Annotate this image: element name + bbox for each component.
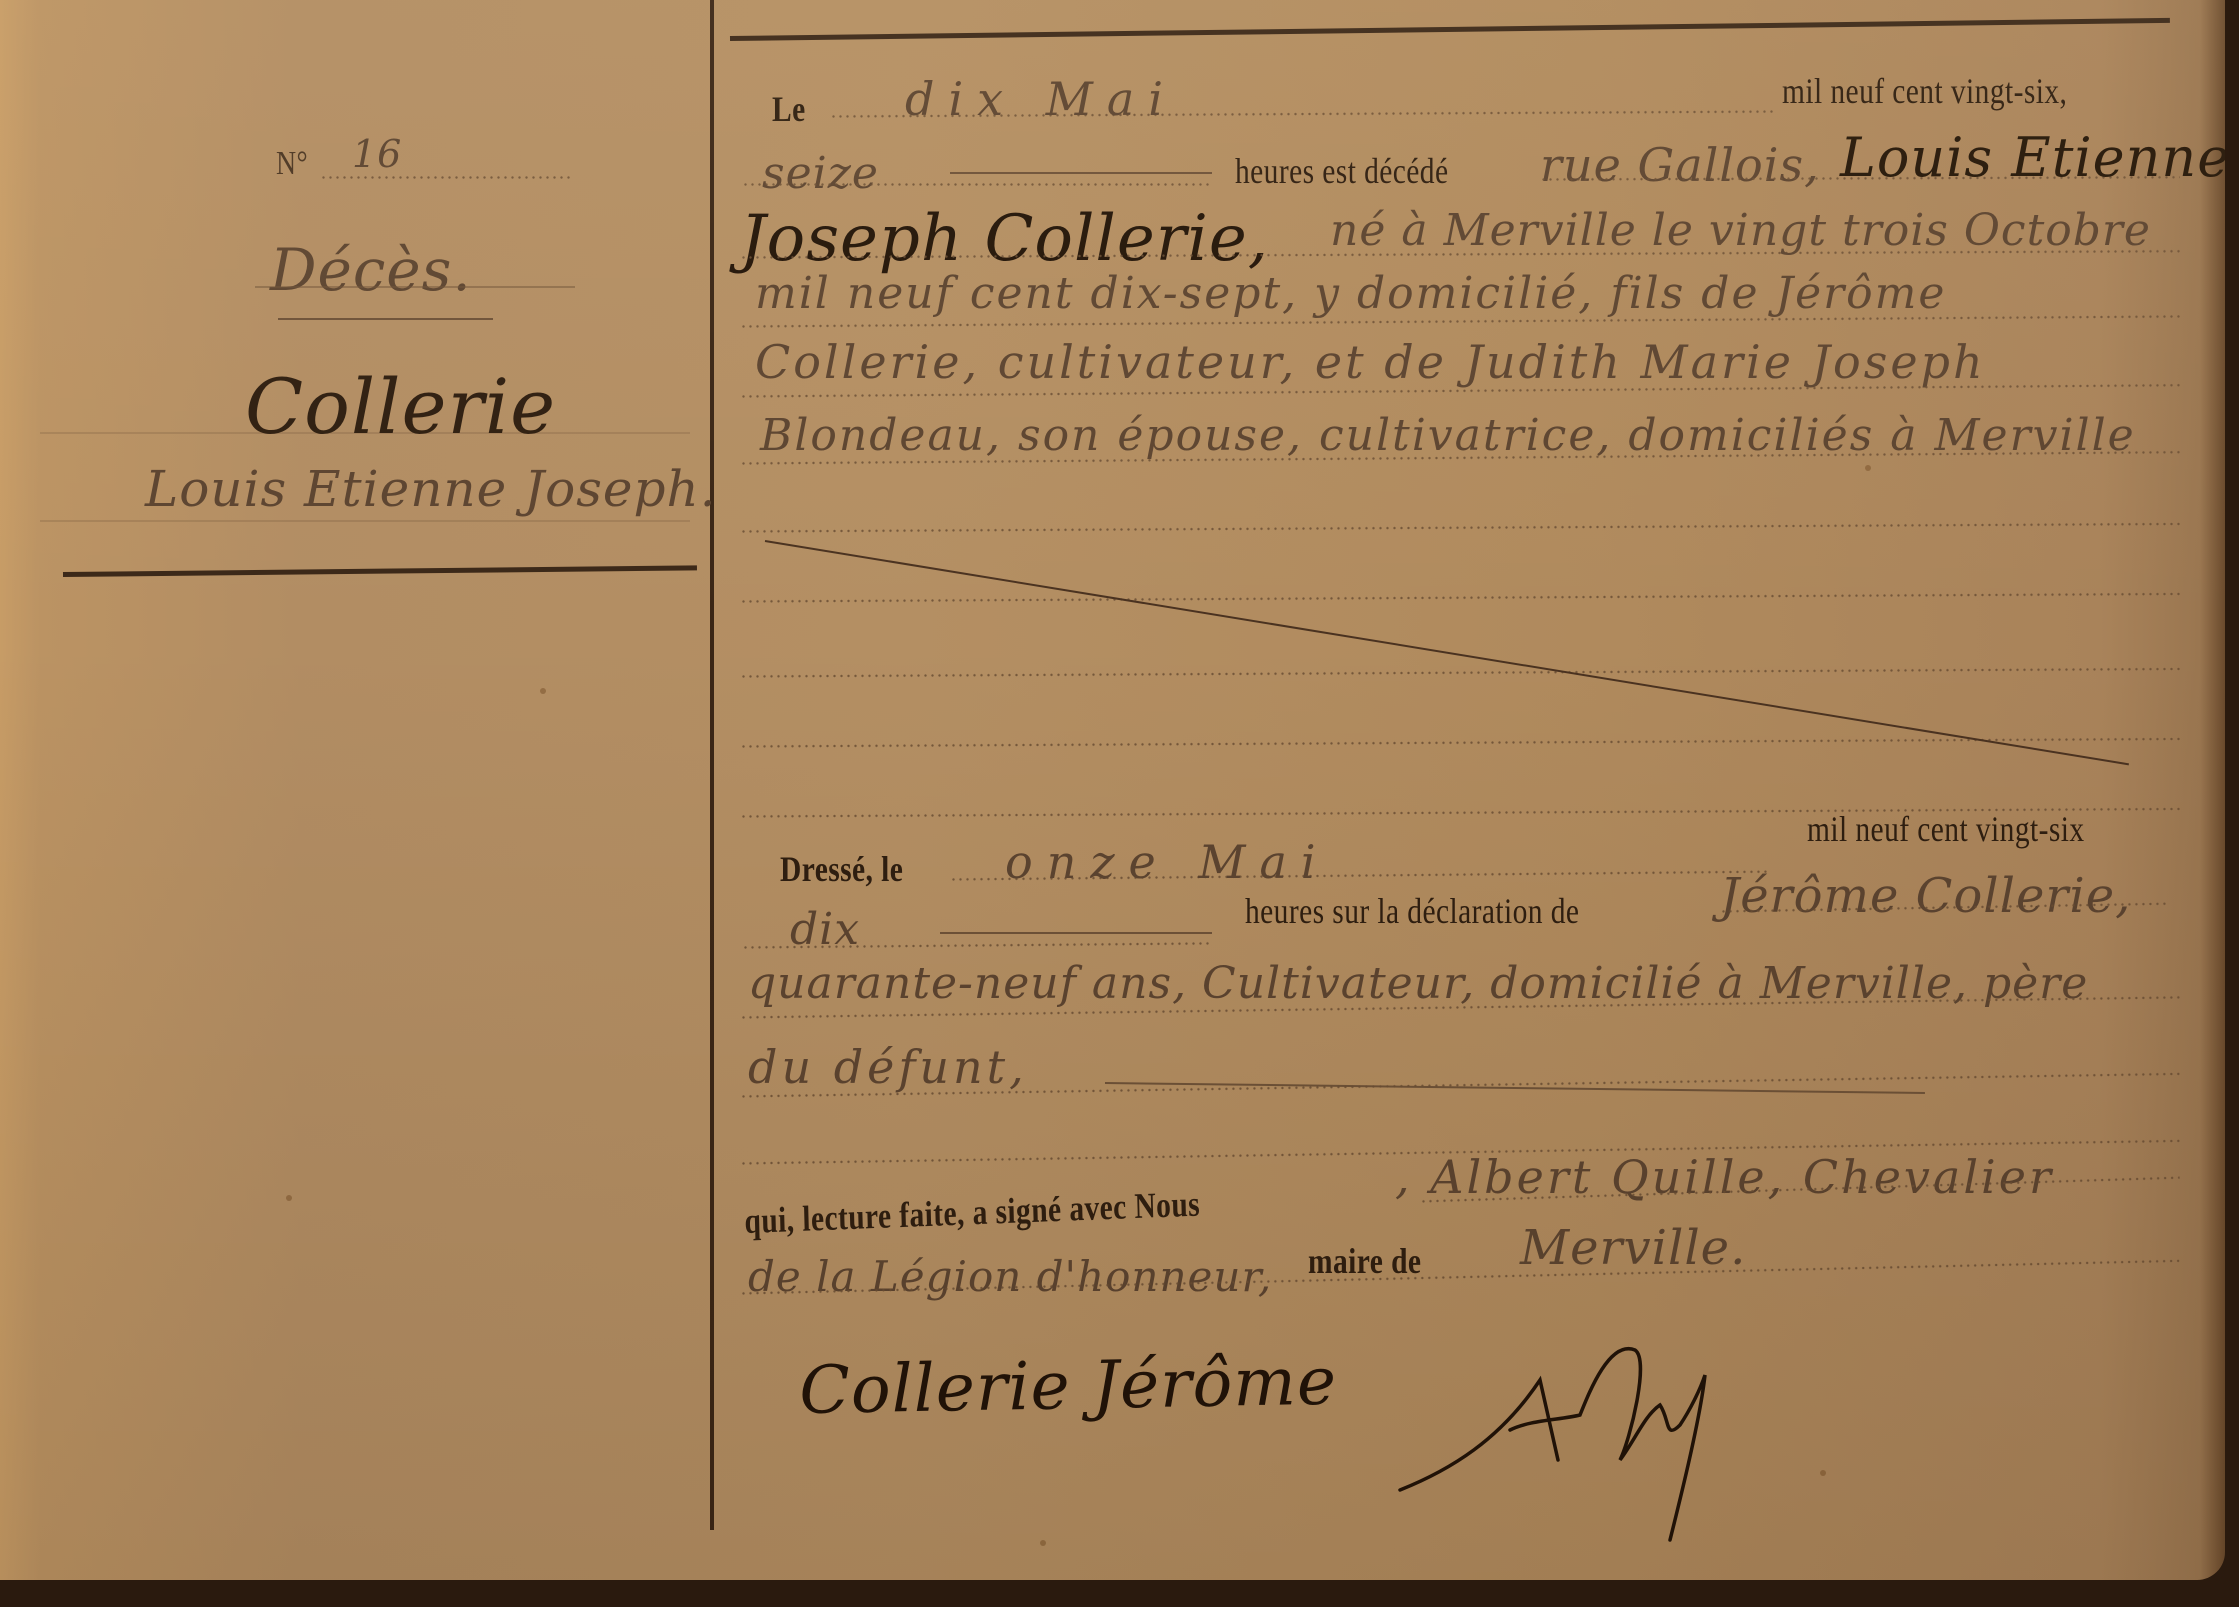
column-divider [710, 0, 714, 1530]
act-given-names: Louis Etienne [1840, 126, 2225, 189]
act-year-label: mil neuf cent vingt-six, [1782, 70, 2067, 112]
margin-decces-underline [255, 286, 575, 288]
blank-line-2 [740, 592, 2180, 603]
stain [1820, 1470, 1826, 1476]
declaration-relation: du défunt, [748, 1040, 1028, 1094]
declaration-date: onze Mai [1005, 835, 1330, 889]
margin-short-rule [278, 318, 493, 320]
declaration-legion: de la Légion d'honneur, [748, 1252, 1272, 1301]
margin-faint-line-2 [40, 520, 690, 522]
stain [286, 1195, 292, 1201]
declaration-hour-dash [940, 932, 1212, 934]
declaration-dresse-label: Dressé, le [780, 848, 903, 890]
declaration-mayor-name: , Albert Quille, Chevalier [1395, 1150, 2054, 1204]
margin-number-value: 16 [352, 132, 402, 176]
blank-line-3 [740, 667, 2180, 678]
declaration-declarant: Jérôme Collerie, [1720, 868, 2131, 924]
margin-number-dotline [320, 176, 570, 179]
stain [1865, 465, 1871, 471]
act-parents: Collerie, cultivateur, et de Judith Mari… [755, 335, 1986, 389]
stain [1040, 1540, 1046, 1546]
act-birth-year: mil neuf cent dix-sept, y domicilié, fil… [755, 268, 1946, 319]
act-death-place: rue Gallois, [1540, 138, 1820, 192]
blank-line-4 [740, 737, 2180, 748]
act-deceased-label: heures est décédé [1235, 150, 1448, 192]
act-full-name: Joseph Collerie, [740, 202, 1269, 276]
margin-surname: Collerie [245, 362, 556, 451]
act-line2-dots-left [742, 183, 1212, 186]
act-hour-dash [950, 172, 1212, 174]
declaration-mayor-label: maire de [1308, 1240, 1421, 1282]
margin-record-type: Décès. [270, 236, 472, 304]
declaration-year-label: mil neuf cent vingt-six [1807, 808, 2085, 850]
ghost-text-top [120, 118, 129, 156]
margin-given-names: Louis Etienne Joseph. [145, 460, 717, 518]
declaration-town: Merville. [1520, 1220, 1746, 1276]
declaration-text: heures sur la déclaration de [1245, 890, 1579, 932]
strike-through-diagonal [765, 540, 2129, 765]
stain [540, 688, 546, 694]
declaration-signed-text: qui, lecture faite, a signé avec Nous [744, 1183, 1201, 1242]
register-page: N° 16 Décès. Collerie Louis Etienne Jose… [0, 0, 2225, 1580]
act-death-hour: seize [762, 148, 879, 199]
top-rule [730, 18, 2170, 41]
blank-line-1 [740, 522, 2180, 533]
margin-number-label: N° [276, 145, 308, 183]
signature-mayor [1380, 1320, 1840, 1580]
act-birth-info: né à Merville le vingt trois Octobre [1330, 205, 2151, 256]
margin-bottom-rule [63, 565, 697, 577]
act-le-label: Le [772, 88, 806, 130]
signature-declarant: Collerie Jérôme [799, 1343, 1338, 1429]
act-death-date: dix Mai [905, 72, 1177, 126]
